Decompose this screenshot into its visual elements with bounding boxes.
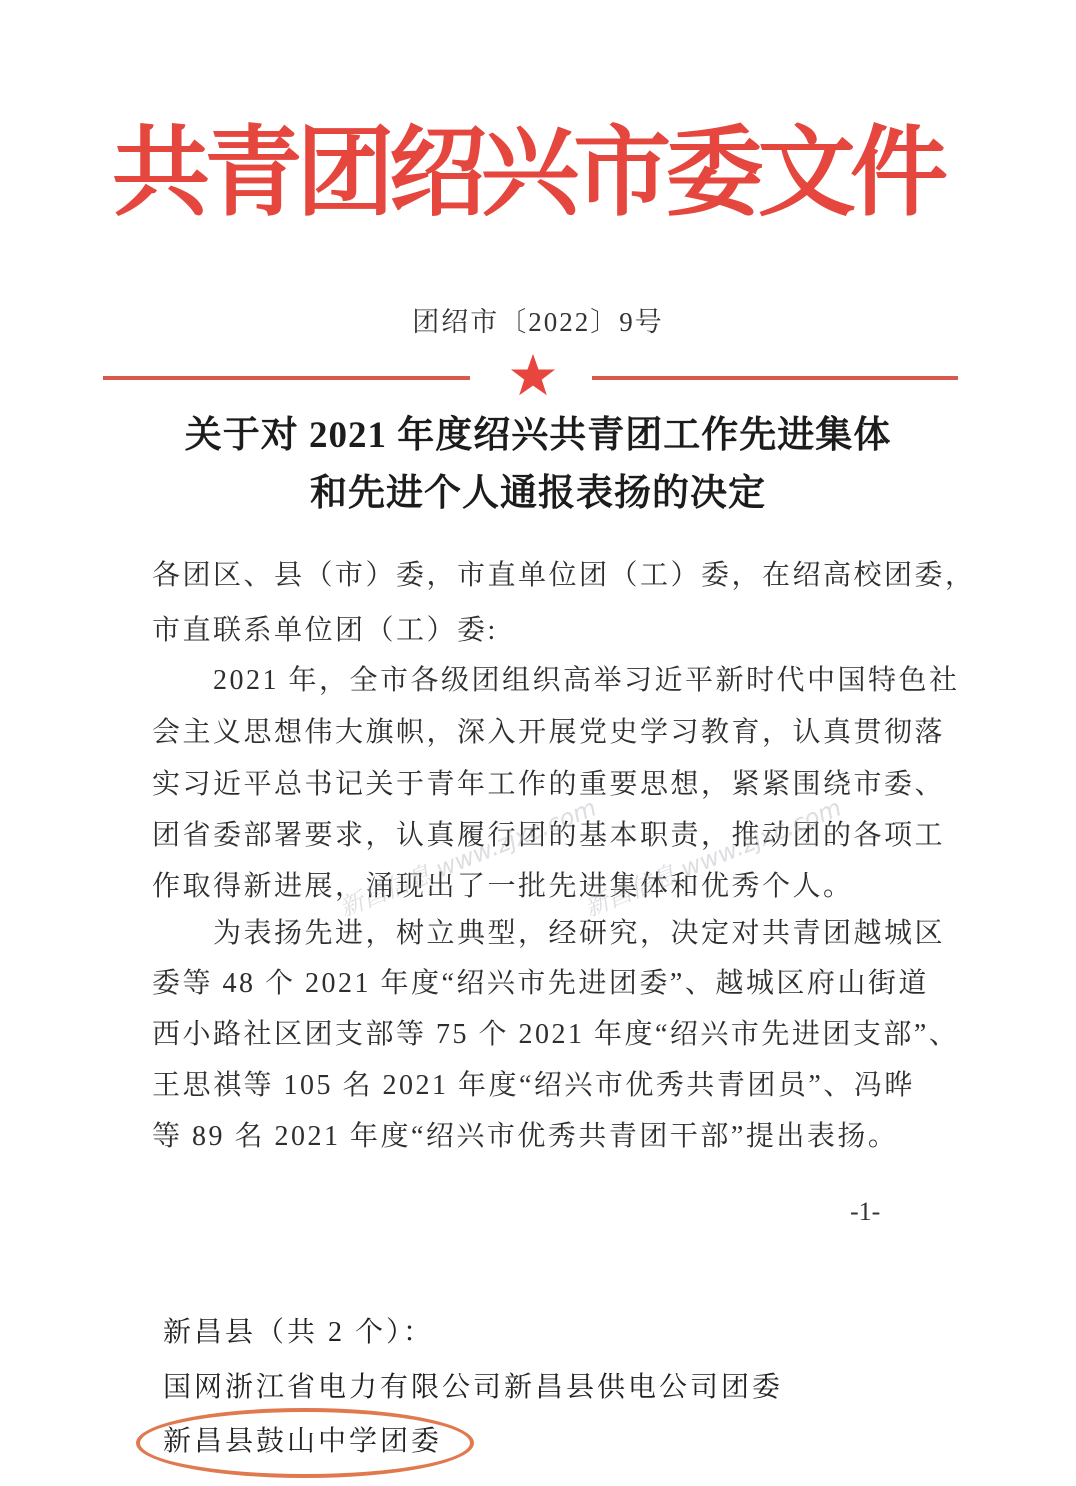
highlight-ellipse bbox=[136, 1408, 474, 1478]
document-title-line-1: 关于对 2021 年度绍兴共青团工作先进集体 bbox=[0, 404, 1076, 458]
masthead-char: 团 bbox=[297, 124, 389, 222]
masthead-char: 共 bbox=[112, 124, 204, 222]
masthead-char: 委 bbox=[666, 124, 758, 222]
body-paragraph-line: 为表扬先进，树立典型，经研究，决定对共青团越城区 bbox=[152, 911, 912, 951]
masthead-char: 兴 bbox=[481, 124, 573, 222]
body-paragraph-line: 实习近平总书记关于青年工作的重要思想，紧紧围绕市委、 bbox=[152, 762, 912, 802]
masthead-char: 文 bbox=[758, 124, 850, 222]
body-paragraph-line: 作取得新进展，涌现出了一批先进集体和优秀个人。 bbox=[152, 864, 912, 904]
separator-line-left bbox=[103, 376, 470, 380]
masthead-char: 件 bbox=[850, 124, 942, 222]
addressee-line: 各团区、县（市）委，市直单位团（工）委，在绍高校团委， bbox=[152, 553, 912, 593]
body-paragraph-line: 委等 48 个 2021 年度“绍兴市先进团委”、越城区府山街道 bbox=[152, 961, 912, 1001]
document-number: 团绍市〔2022〕9号 bbox=[0, 300, 1076, 339]
list-item: 国网浙江省电力有限公司新昌县供电公司团委 bbox=[163, 1365, 783, 1405]
body-paragraph-line: 西小路社区团支部等 75 个 2021 年度“绍兴市先进团支部”、 bbox=[152, 1012, 912, 1052]
separator-line-right bbox=[592, 376, 958, 380]
body-paragraph-line: 会主义思想伟大旗帜，深入开展党史学习教育，认真贯彻落 bbox=[152, 710, 912, 750]
page-number: -1- bbox=[850, 1197, 880, 1227]
body-paragraph-line: 2021 年，全市各级团组织高举习近平新时代中国特色社 bbox=[152, 658, 912, 698]
masthead-char: 市 bbox=[573, 124, 665, 222]
masthead-char: 青 bbox=[204, 124, 296, 222]
star-icon bbox=[510, 352, 556, 398]
list-heading: 新昌县（共 2 个）： bbox=[163, 1310, 434, 1350]
body-paragraph-line: 等 89 名 2021 年度“绍兴市优秀共青团干部”提出表扬。 bbox=[152, 1114, 912, 1154]
masthead-title: 共 青 团 绍 兴 市 委 文 件 bbox=[112, 118, 942, 228]
document-title-line-2: 和先进个人通报表扬的决定 bbox=[0, 462, 1076, 516]
addressee-line: 市直联系单位团（工）委: bbox=[152, 608, 912, 648]
masthead-char: 绍 bbox=[389, 124, 481, 222]
body-paragraph-line: 王思祺等 105 名 2021 年度“绍兴市优秀共青团员”、冯晔 bbox=[152, 1063, 912, 1103]
